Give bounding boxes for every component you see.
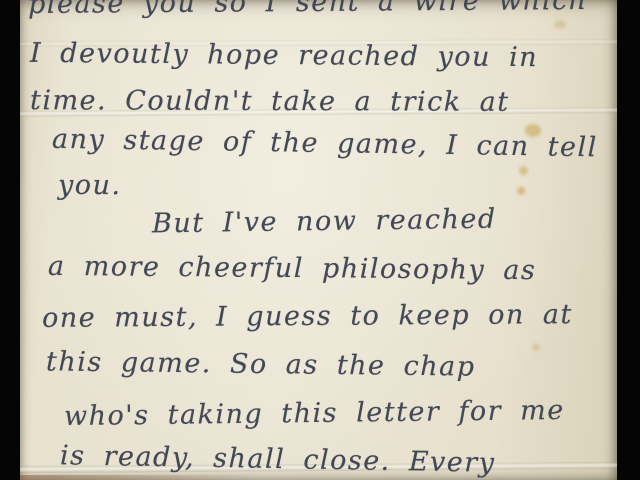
handwritten-line: a more cheerful philosophy as: [48, 251, 537, 286]
handwritten-line: please you so I sent a wire which: [28, 0, 588, 20]
paper-stain: [517, 187, 525, 195]
handwritten-line: who's taking this letter for me: [64, 395, 565, 432]
scan-background: please you so I sent a wire which I devo…: [0, 0, 640, 480]
scan-border-left: [0, 0, 20, 480]
handwritten-line: I devoutly hope reached you in: [30, 38, 538, 73]
handwritten-line: But I've now reached: [152, 204, 497, 240]
scan-border-right: [617, 0, 640, 480]
handwritten-line: time. Couldn't take a trick at: [30, 85, 510, 118]
handwritten-line: any stage of the game, I can tell: [52, 124, 598, 164]
handwritten-line: you.: [58, 170, 122, 201]
handwritten-line: is ready, shall close. Every: [60, 440, 496, 479]
paper-stain: [519, 166, 528, 175]
letter-page: please you so I sent a wire which I devo…: [20, 0, 617, 480]
paper-bottom-edge: [20, 475, 259, 480]
handwritten-line: this game. So as the chap: [46, 346, 476, 382]
paper-stain: [554, 20, 566, 29]
paper-stain: [532, 344, 540, 351]
handwritten-line: one must, I guess to keep on at: [42, 299, 573, 334]
